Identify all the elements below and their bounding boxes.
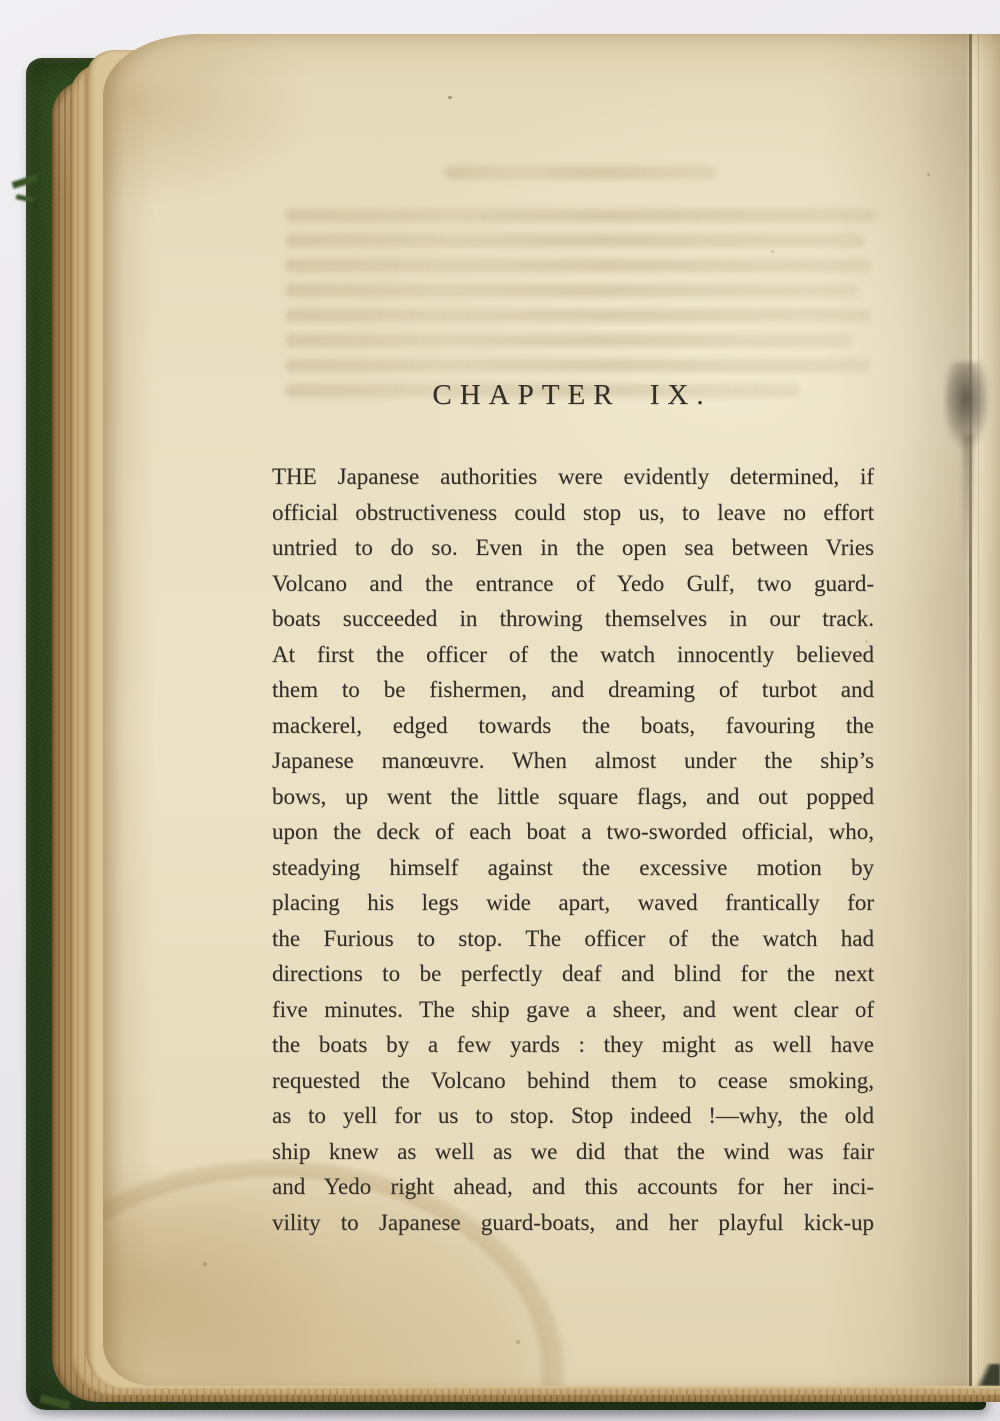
ghost-text-line <box>285 234 865 247</box>
text-line: five minutes. The ship gave a sheer, and… <box>272 992 874 1028</box>
text-line: At first the officer of the watch innoce… <box>272 637 874 673</box>
foxing-speck <box>927 173 930 176</box>
foxing-speck <box>516 1340 520 1344</box>
ghost-text-line <box>285 359 871 372</box>
ghost-running-header <box>445 166 717 179</box>
text-line: THE Japanese authorities were evidently … <box>272 459 874 495</box>
text-line: boats succeeded in throwing themselves i… <box>272 601 874 637</box>
text-line: directions to be perfectly deaf and blin… <box>272 956 874 992</box>
text-line: Japanese manœuvre. When almost under the… <box>272 743 874 779</box>
text-line: the Furious to stop. The officer of the … <box>272 921 874 957</box>
text-line: untried to do so. Even in the open sea b… <box>272 530 874 566</box>
text-line: the boats by a few yards : they might as… <box>272 1027 874 1063</box>
show-through-text <box>285 166 877 409</box>
text-line: steadying himself against the excessive … <box>272 850 874 886</box>
book-photo: CHAPTER IX. THE Japanese authorities wer… <box>0 0 1000 1421</box>
text-line: vility to Japanese guard-boats, and her … <box>272 1205 874 1241</box>
text-line: ship knew as well as we did that the win… <box>272 1134 874 1170</box>
text-line: mackerel, edged towards the boats, favou… <box>272 708 874 744</box>
chapter-paragraph: THE Japanese authorities were evidently … <box>272 459 874 1240</box>
text-line: Volcano and the entrance of Yedo Gulf, t… <box>272 566 874 602</box>
text-line: placing his legs wide apart, waved frant… <box>272 885 874 921</box>
bottom-corner-shadow <box>966 1364 1000 1386</box>
chapter-heading: CHAPTER IX. <box>271 379 873 412</box>
book-page: CHAPTER IX. THE Japanese authorities wer… <box>103 34 1000 1386</box>
foxing-speck <box>448 96 452 99</box>
gutter-smudge-streak <box>963 434 974 564</box>
text-line: upon the deck of each boat a two-sworded… <box>272 814 874 850</box>
text-line: official obstructiveness could stop us, … <box>272 495 874 531</box>
foxing-speck <box>865 640 868 643</box>
ghost-text-line <box>285 334 853 347</box>
text-line: requested the Volcano behind them to cea… <box>272 1063 874 1099</box>
text-line: and Yedo right ahead, and this accounts … <box>272 1169 874 1205</box>
ghost-text-line <box>285 284 859 297</box>
text-line: as to yell for us to stop. Stop indeed !… <box>272 1098 874 1134</box>
text-line: them to be fishermen, and dreaming of tu… <box>272 672 874 708</box>
gutter-crease-secondary <box>978 34 980 1386</box>
ghost-text-line <box>285 309 871 322</box>
text-line: bows, up went the little square flags, a… <box>272 779 874 815</box>
ghost-text-line <box>285 209 877 222</box>
gutter-crease <box>969 34 972 1386</box>
ghost-text-line <box>285 259 871 272</box>
foxing-speck <box>771 250 774 253</box>
foxing-speck <box>203 1262 207 1266</box>
